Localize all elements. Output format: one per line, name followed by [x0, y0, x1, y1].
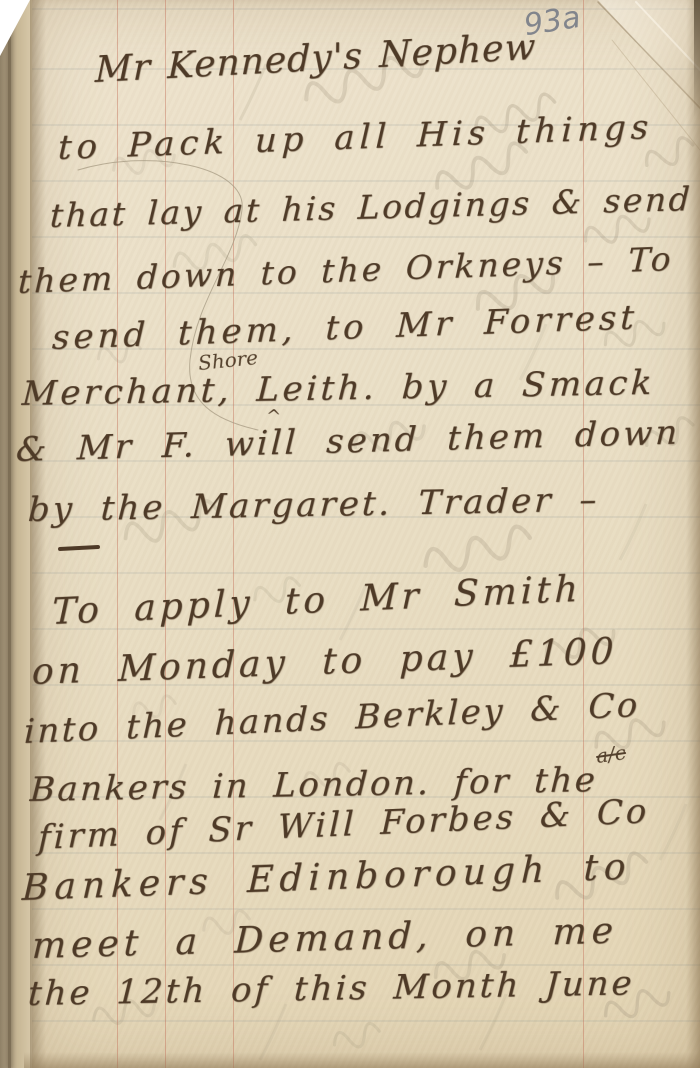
superscript-account-mark: a/c	[594, 740, 627, 768]
margin-rule-red-4	[583, 0, 584, 1068]
page-edge-dark-sliver	[694, 0, 700, 120]
scan-background: 93a Mr Kennedy's Nephew to Pack up all H…	[0, 0, 700, 1068]
binding-gutter-line	[8, 0, 11, 1068]
page-edge-bottom	[24, 1052, 700, 1068]
page-edge-right	[686, 0, 700, 1068]
